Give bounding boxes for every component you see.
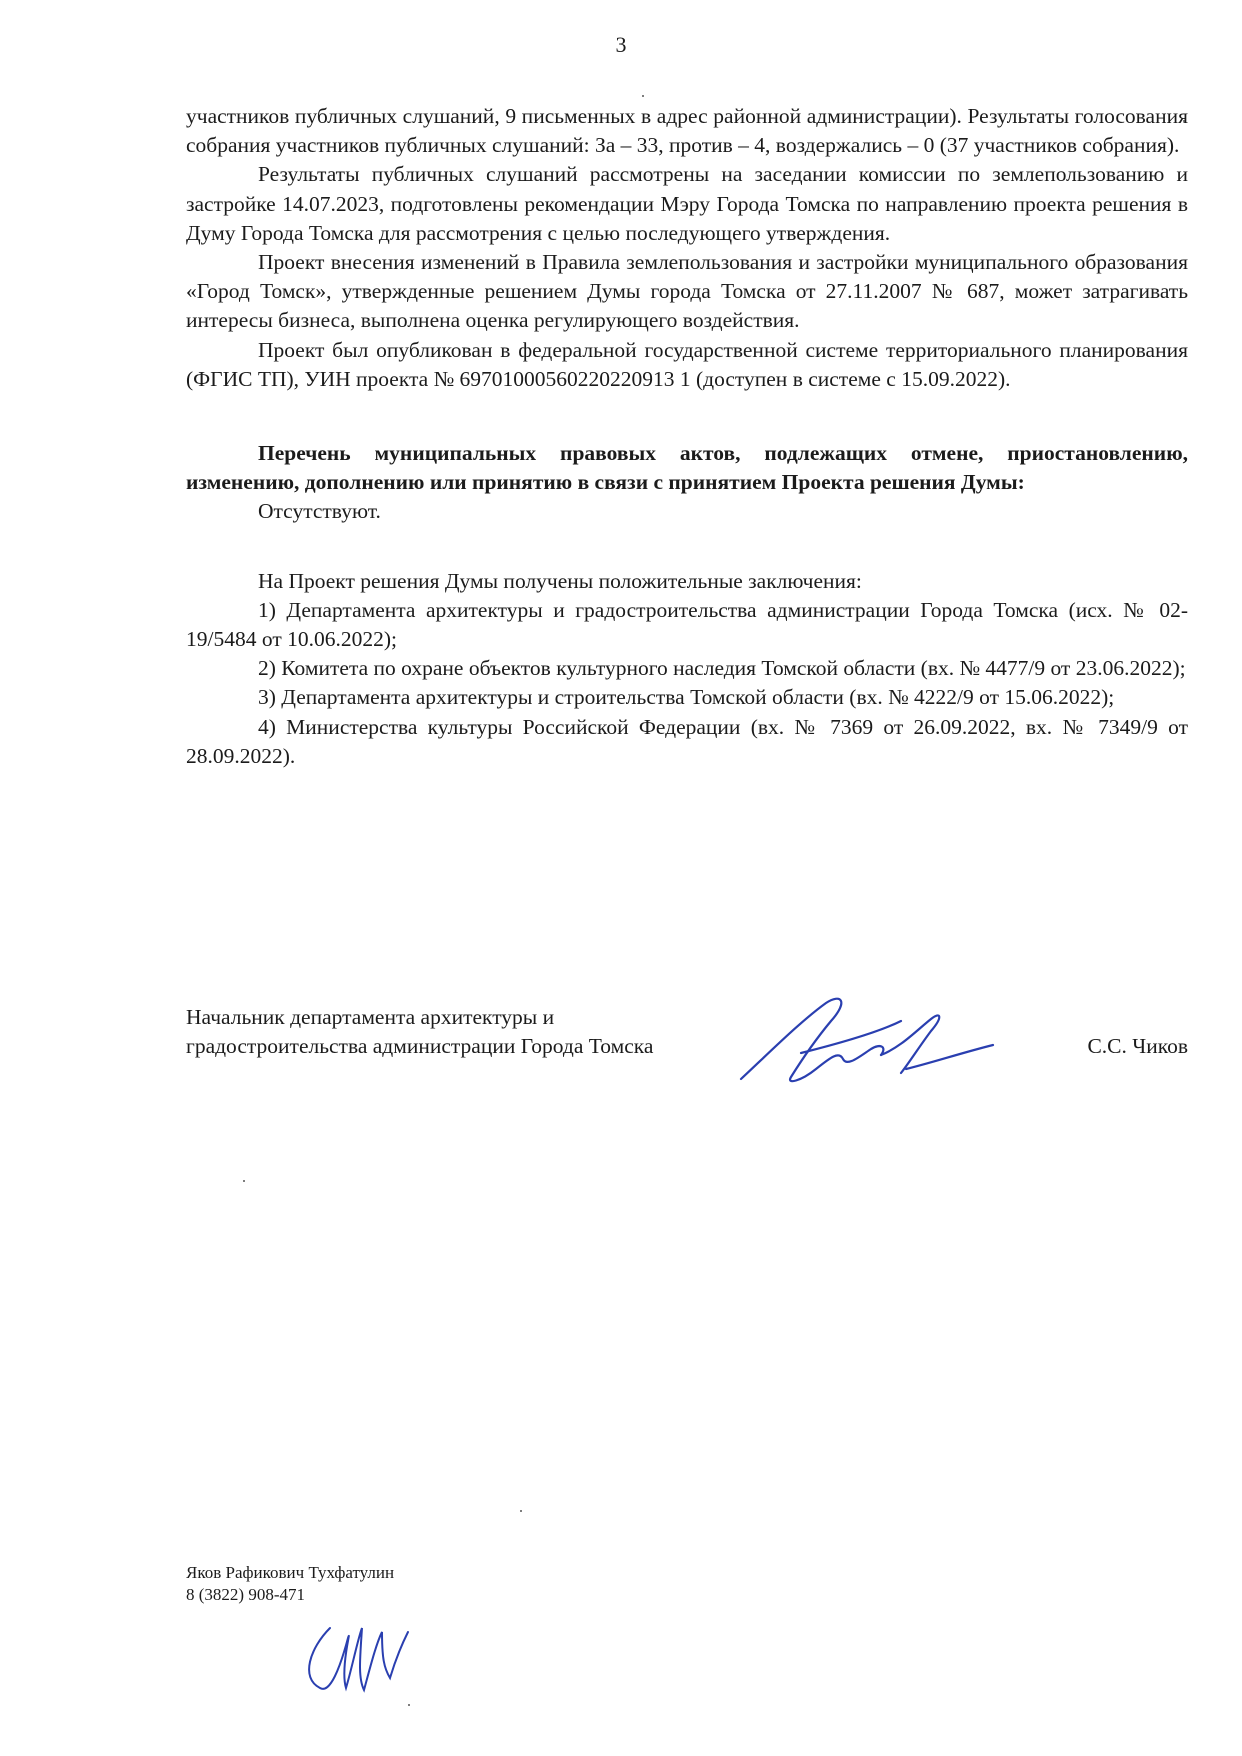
paragraph-hearing-results: участников публичных слушаний, 9 письмен… [186, 102, 1188, 160]
signatory-position-line-1: Начальник департамента архитектуры и [186, 1003, 786, 1032]
document-body: участников публичных слушаний, 9 письмен… [186, 102, 1188, 771]
paragraph-rules-amendment: Проект внесения изменений в Правила земл… [186, 248, 1188, 336]
page-number: 3 [0, 32, 1242, 58]
contact-name: Яков Рафикович Тухфатулин [186, 1562, 394, 1584]
section-heading-acts-list: Перечень муниципальных правовых актов, п… [186, 439, 1188, 497]
document-page: 3 участников публичных слушаний, 9 письм… [0, 0, 1242, 1756]
signatory-name: С.С. Чиков [1087, 1032, 1188, 1061]
paragraph-absent: Отсутствуют. [186, 497, 1188, 526]
paragraph-commission-review: Результаты публичных слушаний рассмотрен… [186, 160, 1188, 248]
contact-phone: 8 (3822) 908-471 [186, 1584, 394, 1606]
paragraph-publication: Проект был опубликован в федеральной гос… [186, 336, 1188, 394]
handwritten-signature-icon [731, 991, 1001, 1091]
contact-block: Яков Рафикович Тухфатулин 8 (3822) 908-4… [186, 1562, 394, 1606]
signatory-position-line-2: градостроительства администрации Города … [186, 1032, 786, 1061]
conclusion-item-4: 4) Министерства культуры Российской Феде… [186, 713, 1188, 771]
paragraph-conclusions-intro: На Проект решения Думы получены положите… [186, 567, 1188, 596]
conclusion-item-2: 2) Комитета по охране объектов культурно… [186, 654, 1188, 683]
conclusion-item-1: 1) Департамента архитектуры и градострои… [186, 596, 1188, 654]
initials-signature-icon [300, 1608, 410, 1698]
signature-block: Начальник департамента архитектуры и гра… [186, 1003, 1188, 1093]
conclusion-item-3: 3) Департамента архитектуры и строительс… [186, 683, 1188, 712]
signatory-position: Начальник департамента архитектуры и гра… [186, 1003, 786, 1061]
